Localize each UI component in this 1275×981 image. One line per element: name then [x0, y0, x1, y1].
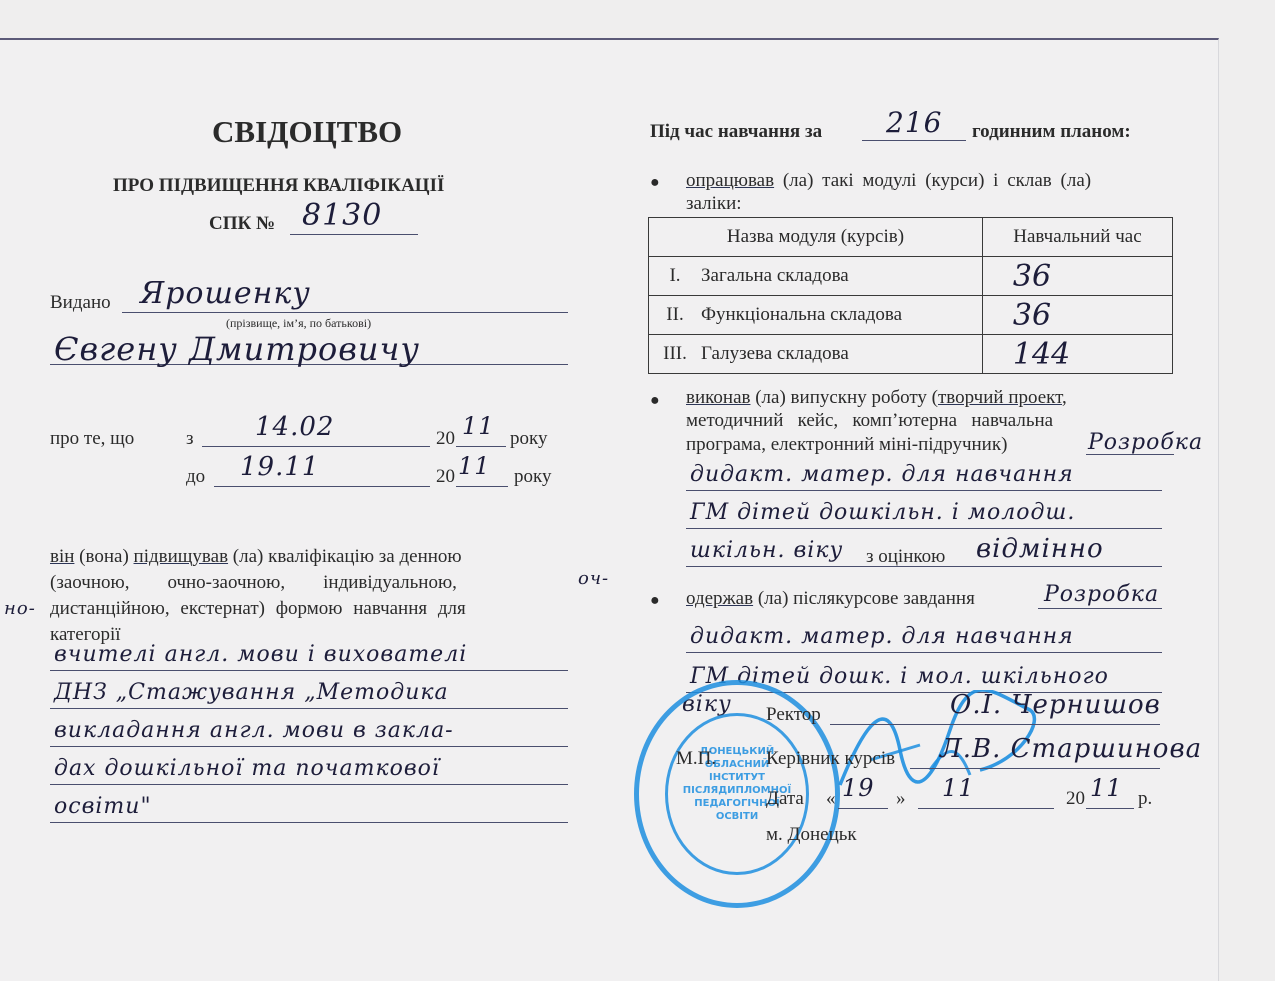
- table-header-module: Назва модуля (курсів): [649, 218, 983, 257]
- certificate-number-value: 8130: [302, 198, 382, 233]
- certificate-number-label: СПК №: [209, 213, 275, 235]
- category-line: вчителі англ. мови і вихователі: [54, 642, 467, 667]
- table-row: II.Функціональна складова 36: [649, 296, 1173, 335]
- plan-hours: 216: [886, 106, 942, 139]
- certificate-subtitle: ПРО ПІДВИЩЕННЯ КВАЛІФІКАЦІЇ: [113, 175, 444, 197]
- certificate-title: СВІДОЦТВО: [212, 114, 402, 150]
- date-year-word: р.: [1138, 788, 1152, 810]
- to-year-word: року: [514, 466, 551, 488]
- work-title-line: шкільн. віку: [690, 538, 843, 563]
- module-name: Функціональна складова: [701, 304, 902, 325]
- table-header-row: Назва модуля (курсів) Навчальний час: [649, 218, 1173, 257]
- stamp-text-line: ОСВІТИ: [669, 810, 805, 823]
- bullet3-text: одержав (ла) післякурсове завдання: [686, 588, 975, 610]
- task-title-first: Розробка: [1044, 582, 1159, 607]
- recipient-given-names: Євгену Дмитровичу: [54, 330, 420, 368]
- work-title-line: дидакт. матер. для навчання: [690, 462, 1074, 487]
- plan-prefix: Під час навчання за: [650, 121, 822, 143]
- task-title-line: дидакт. матер. для навчання: [690, 624, 1074, 649]
- study-form-line3: дистанційною, екстернат) формою навчання…: [50, 598, 466, 620]
- study-form-hw-och: оч-: [578, 568, 609, 589]
- rector-name: О.І. Чернишов: [950, 690, 1161, 720]
- supervisor-name: Л.В. Старшинова: [940, 734, 1202, 764]
- modules-table: Назва модуля (курсів) Навчальний час I.З…: [648, 217, 1173, 374]
- table-header-hours: Навчальний час: [982, 218, 1172, 257]
- grade-label: з оцінкою: [866, 546, 945, 568]
- module-hours: 144: [983, 337, 1070, 372]
- from-year-word: року: [510, 428, 547, 450]
- category-line: ДНЗ „Стажування „Методика: [54, 680, 449, 705]
- to-date: 19.11: [240, 452, 319, 482]
- table-row: III.Галузева складова 144: [649, 335, 1173, 374]
- about-label: про те, що: [50, 428, 134, 450]
- from-date: 14.02: [255, 412, 334, 442]
- to-year-suffix: 11: [458, 452, 491, 480]
- work-title-first: Розробка: [1088, 430, 1203, 455]
- from-label: з: [186, 428, 194, 450]
- mp-label: М.П.: [676, 748, 716, 770]
- bullet1-line2: заліки:: [686, 193, 742, 215]
- certificate-page: СВІДОЦТВО ПРО ПІДВИЩЕННЯ КВАЛІФІКАЦІЇ СП…: [0, 38, 1219, 981]
- recipient-surname: Ярошенку: [140, 276, 311, 311]
- date-label: Дата: [766, 788, 804, 810]
- date-year-prefix: 20: [1066, 788, 1085, 810]
- bullet2-line3: програма, електронний міні-підручник): [686, 434, 1007, 456]
- study-form-line2: (заочною, очно-заочною, індивідуальною,: [50, 572, 457, 594]
- supervisor-label: Керівник курсів: [766, 748, 895, 770]
- bullet-dot: ●: [650, 174, 660, 192]
- category-line: викладання англ. мови в закла-: [54, 718, 454, 743]
- module-hours: 36: [983, 298, 1051, 333]
- date-year-suffix: 11: [1090, 774, 1123, 802]
- plan-suffix: годинним планом:: [972, 121, 1131, 143]
- module-name: Галузева складова: [701, 343, 849, 364]
- city: м. Донецьк: [766, 824, 857, 846]
- bullet-dot: ●: [650, 392, 660, 410]
- stamp-text-line: ІНСТИТУТ: [669, 771, 805, 784]
- bullet2-line1: виконав (ла) випускну роботу (творчий пр…: [686, 387, 1174, 409]
- date-open-quote: «: [826, 788, 836, 810]
- module-name: Загальна складова: [701, 265, 849, 286]
- bullet-dot: ●: [650, 592, 660, 610]
- grade-value: відмінно: [976, 534, 1104, 564]
- category-line: освіти": [54, 794, 152, 819]
- study-form-line1: він (вона) підвищував (ла) кваліфікацію …: [50, 546, 574, 568]
- date-close-quote: »: [896, 788, 906, 810]
- to-year-prefix: 20: [436, 466, 455, 488]
- bullet2-line2: методичний кейс, комп’ютерна навчальна: [686, 410, 1053, 432]
- name-hint: (прізвище, ім’я, по батькові): [226, 316, 371, 331]
- issued-label: Видано: [50, 292, 111, 314]
- category-line: дах дошкільної та початкової: [54, 756, 440, 781]
- table-row: I.Загальна складова 36: [649, 257, 1173, 296]
- study-form-hw-no: но-: [4, 598, 36, 619]
- date-month: 11: [942, 774, 975, 802]
- from-year-prefix: 20: [436, 428, 455, 450]
- bullet1-text: опрацював (ла) такі модулі (курси) і скл…: [686, 170, 1174, 192]
- work-title-line: ГМ дітей дошкільн. і молодш.: [690, 500, 1075, 525]
- module-hours: 36: [983, 259, 1051, 294]
- from-year-suffix: 11: [462, 412, 495, 440]
- date-day: 19: [842, 774, 875, 802]
- rector-label: Ректор: [766, 704, 821, 726]
- to-label: до: [186, 466, 205, 488]
